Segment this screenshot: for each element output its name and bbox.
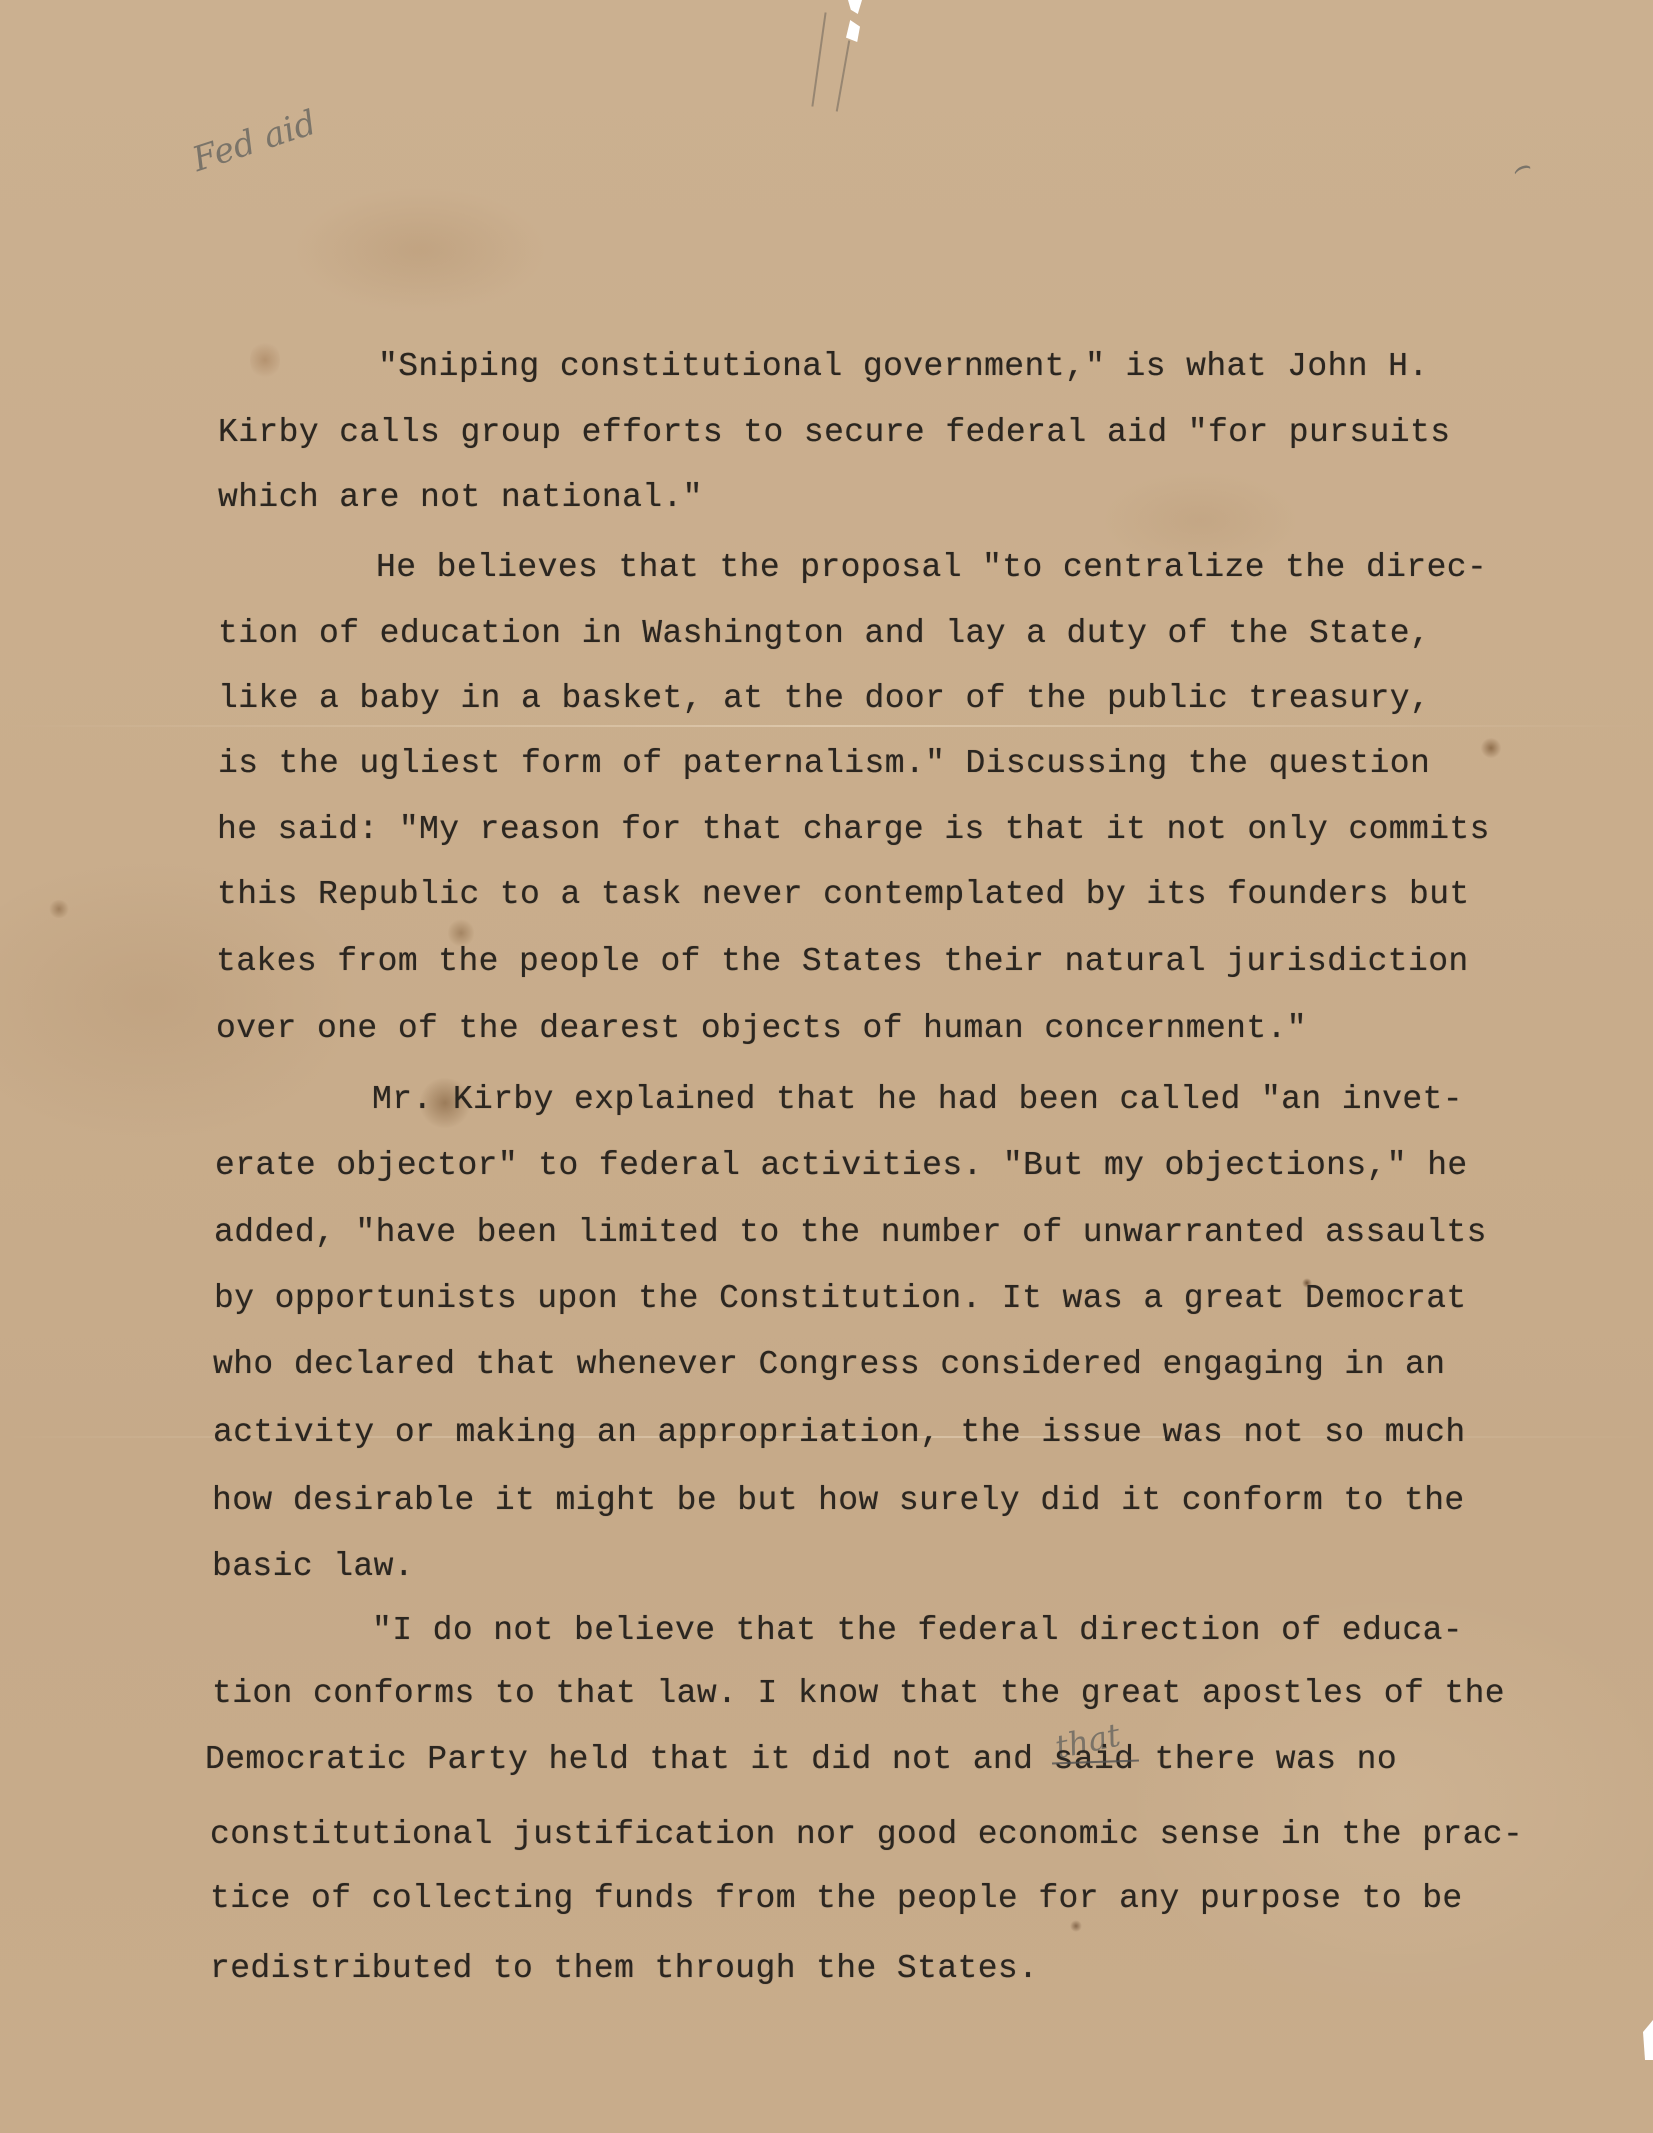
paper-tear (846, 20, 860, 42)
paperclip-mark (836, 40, 850, 111)
pencil-mark: ⌢ (1505, 148, 1536, 188)
text-segment: Democratic Party held that it did not an… (205, 1741, 1054, 1778)
stain (1070, 1920, 1082, 1932)
paperclip-mark (811, 12, 826, 106)
text-line: this Republic to a task never contemplat… (217, 878, 1470, 911)
struck-word: said (1054, 1741, 1135, 1778)
text-line-with-correction: Democratic Party held that it did not an… (205, 1743, 1397, 1776)
text-line: added, "have been limited to the number … (214, 1216, 1487, 1249)
text-line: over one of the dearest objects of human… (216, 1012, 1307, 1045)
text-line: he said: "My reason for that charge is t… (217, 813, 1490, 846)
margin-note-pencil: Fed aid (188, 103, 321, 180)
paper-tear (1643, 2020, 1653, 2060)
text-line: like a baby in a basket, at the door of … (218, 682, 1430, 715)
text-line: Kirby calls group efforts to secure fede… (218, 416, 1450, 449)
paper-tear (848, 0, 862, 14)
text-line: basic law. (212, 1550, 414, 1583)
text-line: He believes that the proposal "to centra… (376, 551, 1487, 584)
text-line: which are not national." (218, 481, 703, 514)
text-line: tion conforms to that law. I know that t… (212, 1677, 1505, 1710)
text-line: is the ugliest form of paternalism." Dis… (218, 747, 1430, 780)
stain (250, 340, 280, 380)
text-line: who declared that whenever Congress cons… (213, 1348, 1445, 1381)
text-segment: there was no (1134, 1741, 1397, 1778)
text-line: tice of collecting funds from the people… (210, 1882, 1463, 1915)
stain (48, 900, 70, 918)
text-line: takes from the people of the States thei… (216, 945, 1469, 978)
paper-fold-line (0, 725, 1653, 727)
text-line: tion of education in Washington and lay … (218, 617, 1430, 650)
document-page: Fed aid ⌢ that "Sniping constitutional g… (0, 0, 1653, 2133)
text-line: how desirable it might be but how surely… (212, 1484, 1465, 1517)
text-line: Mr. Kirby explained that he had been cal… (372, 1083, 1463, 1116)
text-line: redistributed to them through the States… (210, 1952, 1038, 1985)
text-line: constitutional justification nor good ec… (210, 1818, 1523, 1851)
text-line: erate objector" to federal activities. "… (215, 1149, 1468, 1182)
text-line: activity or making an appropriation, the… (213, 1416, 1466, 1449)
text-line: "Sniping constitutional government," is … (378, 350, 1429, 383)
stain (1480, 738, 1502, 758)
text-line: "I do not believe that the federal direc… (372, 1614, 1463, 1647)
text-line: by opportunists upon the Constitution. I… (214, 1282, 1467, 1315)
